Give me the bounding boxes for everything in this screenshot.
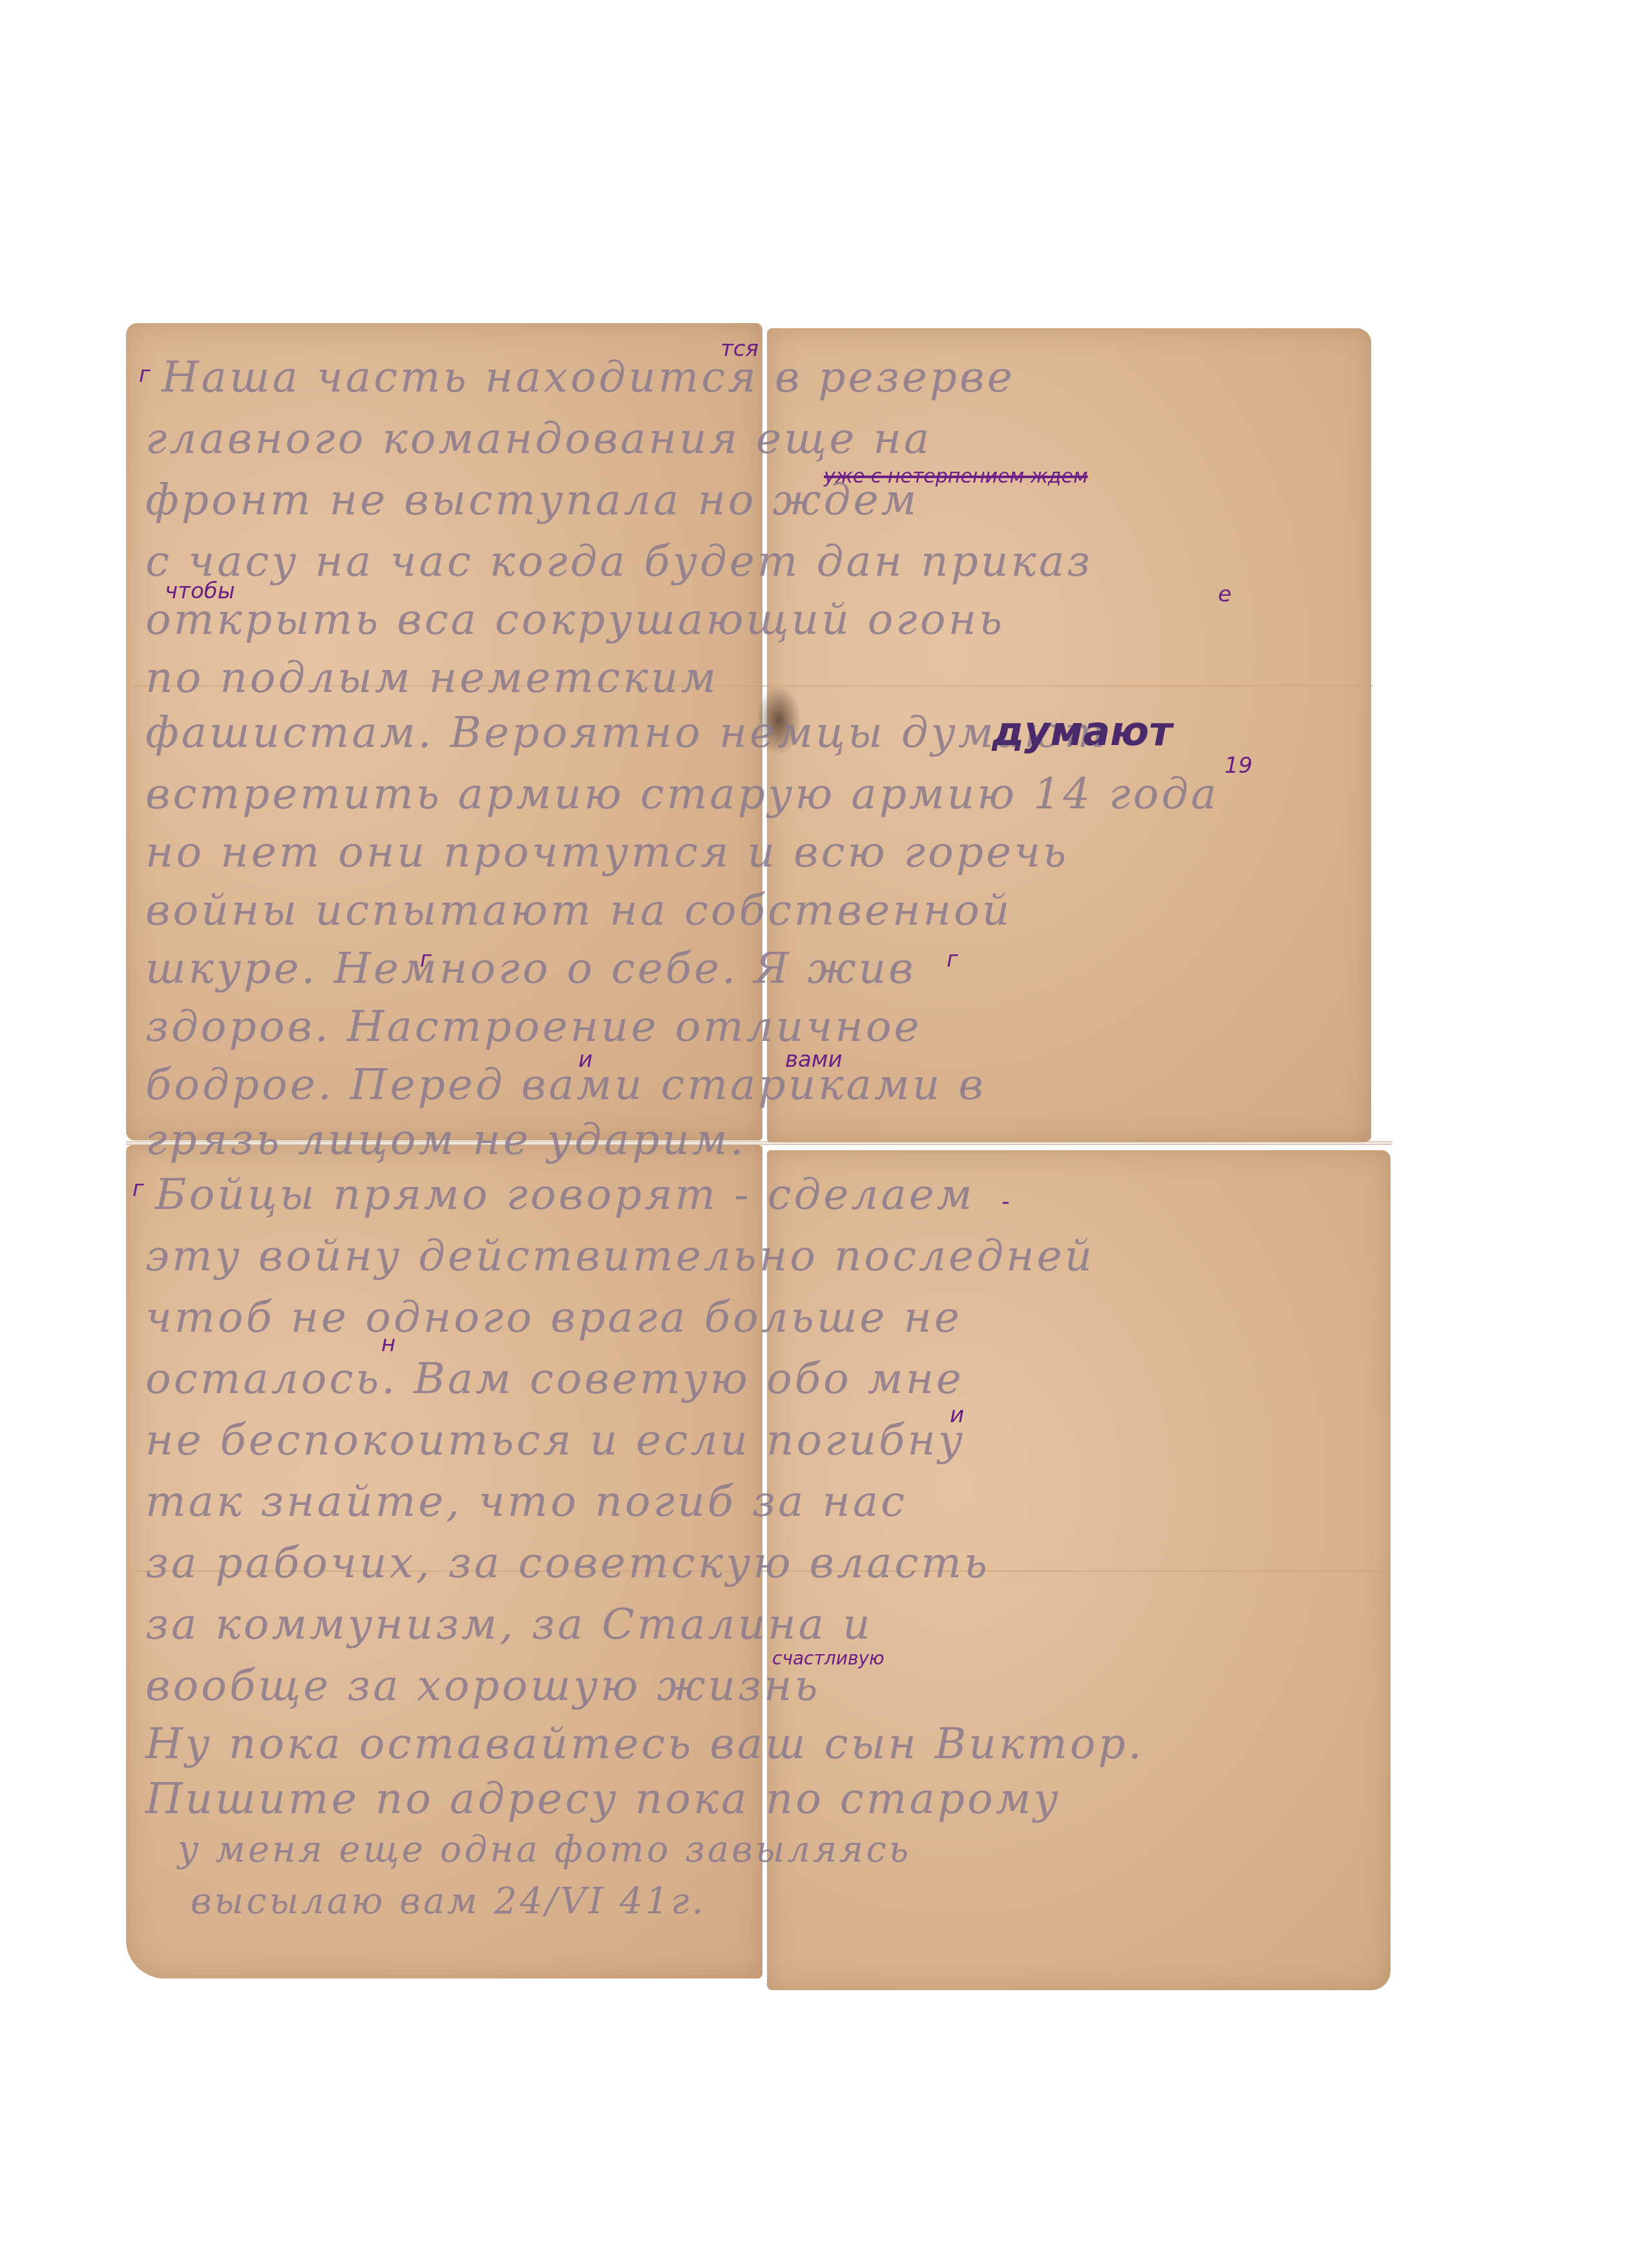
text-line: Ну пока оставайтесь ваш сын Виктор. [145,1719,1144,1769]
letter-sheet: Наша часть находится в резерве главного … [126,323,1402,1997]
ink-annotation: вами [785,1047,843,1073]
ink-annotation: 19 [1224,753,1252,779]
text-line: Пишите по адресу пока по старому [145,1774,1061,1823]
ink-annotation: счастливую [772,1648,885,1669]
ink-annotation: и [950,1402,964,1428]
text-line: фашистам. Вероятно немцы думают [145,708,1108,757]
ink-annotation: - [1002,1189,1009,1215]
ink-annotation: г [420,947,432,972]
text-line: главного командования еще на [145,414,932,463]
text-line: так знайте, что погиб за нас [145,1476,907,1526]
ink-annotation: г [132,1176,144,1202]
text-line: войны испытают на собственной [145,885,1012,935]
text-line: фронт не выступала но ждем [145,475,919,525]
text-line: Бойцы прямо говорят - сделаем [155,1170,974,1219]
text-line: у меня еще одна фото завыляясь [178,1829,911,1871]
text-line: эту войну действительно последней [145,1231,1095,1281]
ink-annotation: и [578,1047,593,1073]
text-line: открыть вса сокрушающий огонь [145,594,1005,644]
text-line: осталось. Вам советую обо мне [145,1354,964,1403]
text-line: за коммунизм, за Сталина и [145,1599,872,1649]
text-line: грязь лицом не ударим. [145,1115,746,1164]
text-line: здоров. Настроение отличное [145,1002,922,1051]
ink-annotation-bold: думают [992,708,1172,755]
text-line: с часу на час когда будет дан приказ [145,536,1093,586]
ink-annotation-struck: уже с нетерпением ждем [824,465,1088,488]
text-line: высылаю вам 24/VI 41г. [191,1880,706,1922]
text-line: бодрое. Перед вами стариками в [145,1060,986,1109]
text-line: не беспокоиться и если погибну [145,1415,965,1465]
text-line: вообще за хорошую жизнь [145,1661,820,1710]
ink-annotation: тся [720,336,759,362]
text-line: чтоб не одного врага больше не [145,1292,962,1342]
ink-annotation: г [139,362,151,388]
ink-annotation: г [947,947,958,972]
text-line: шкуре. Немного о себе. Я жив [145,943,916,993]
text-line: по подлым неметским [145,653,719,702]
ink-annotation: чтобы [165,578,235,604]
ink-annotation: н [381,1331,395,1357]
ink-annotation: е [1218,582,1232,607]
text-line: но нет они прочтутся и всю горечь [145,827,1069,877]
text-line: Наша часть находится в резерве [162,352,1014,402]
text-line: встретить армию старую армию 14 года [145,769,1219,819]
text-line: за рабочих, за советскую власть [145,1538,990,1588]
